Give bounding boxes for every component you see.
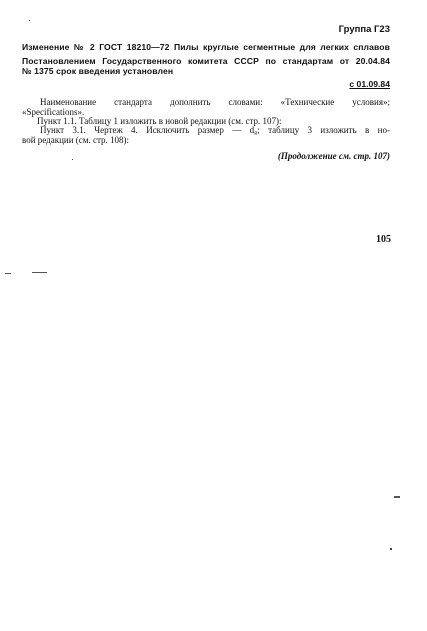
- scan-mark: [394, 496, 400, 498]
- group-label: Группа Г23: [339, 24, 390, 35]
- paragraph-1-line-1: Наименование стандарта дополнить словами…: [40, 97, 390, 107]
- scan-mark: [5, 273, 11, 274]
- scan-dot: [390, 548, 392, 550]
- scan-dot: [72, 159, 73, 160]
- scan-mark: [32, 272, 47, 273]
- effective-date: с 01.09.84: [349, 79, 390, 89]
- page-number: 105: [376, 234, 391, 245]
- paragraph-3-line-2: вой редакции (см. стр. 108):: [22, 135, 129, 145]
- scan-dot: [29, 20, 30, 21]
- paragraph-3-line-1: Пункт 3.1. Чертеж 4. Исключить размер — …: [40, 125, 390, 135]
- continuation-note: (Продолжение см. стр. 107): [278, 151, 390, 161]
- decree-number-line: № 1375 срок введения установлен: [22, 66, 173, 76]
- decree-line: Постановлением Государственного комитета…: [22, 56, 390, 66]
- amendment-title: Изменение № 2 ГОСТ 18210—72 Пилы круглые…: [22, 42, 390, 52]
